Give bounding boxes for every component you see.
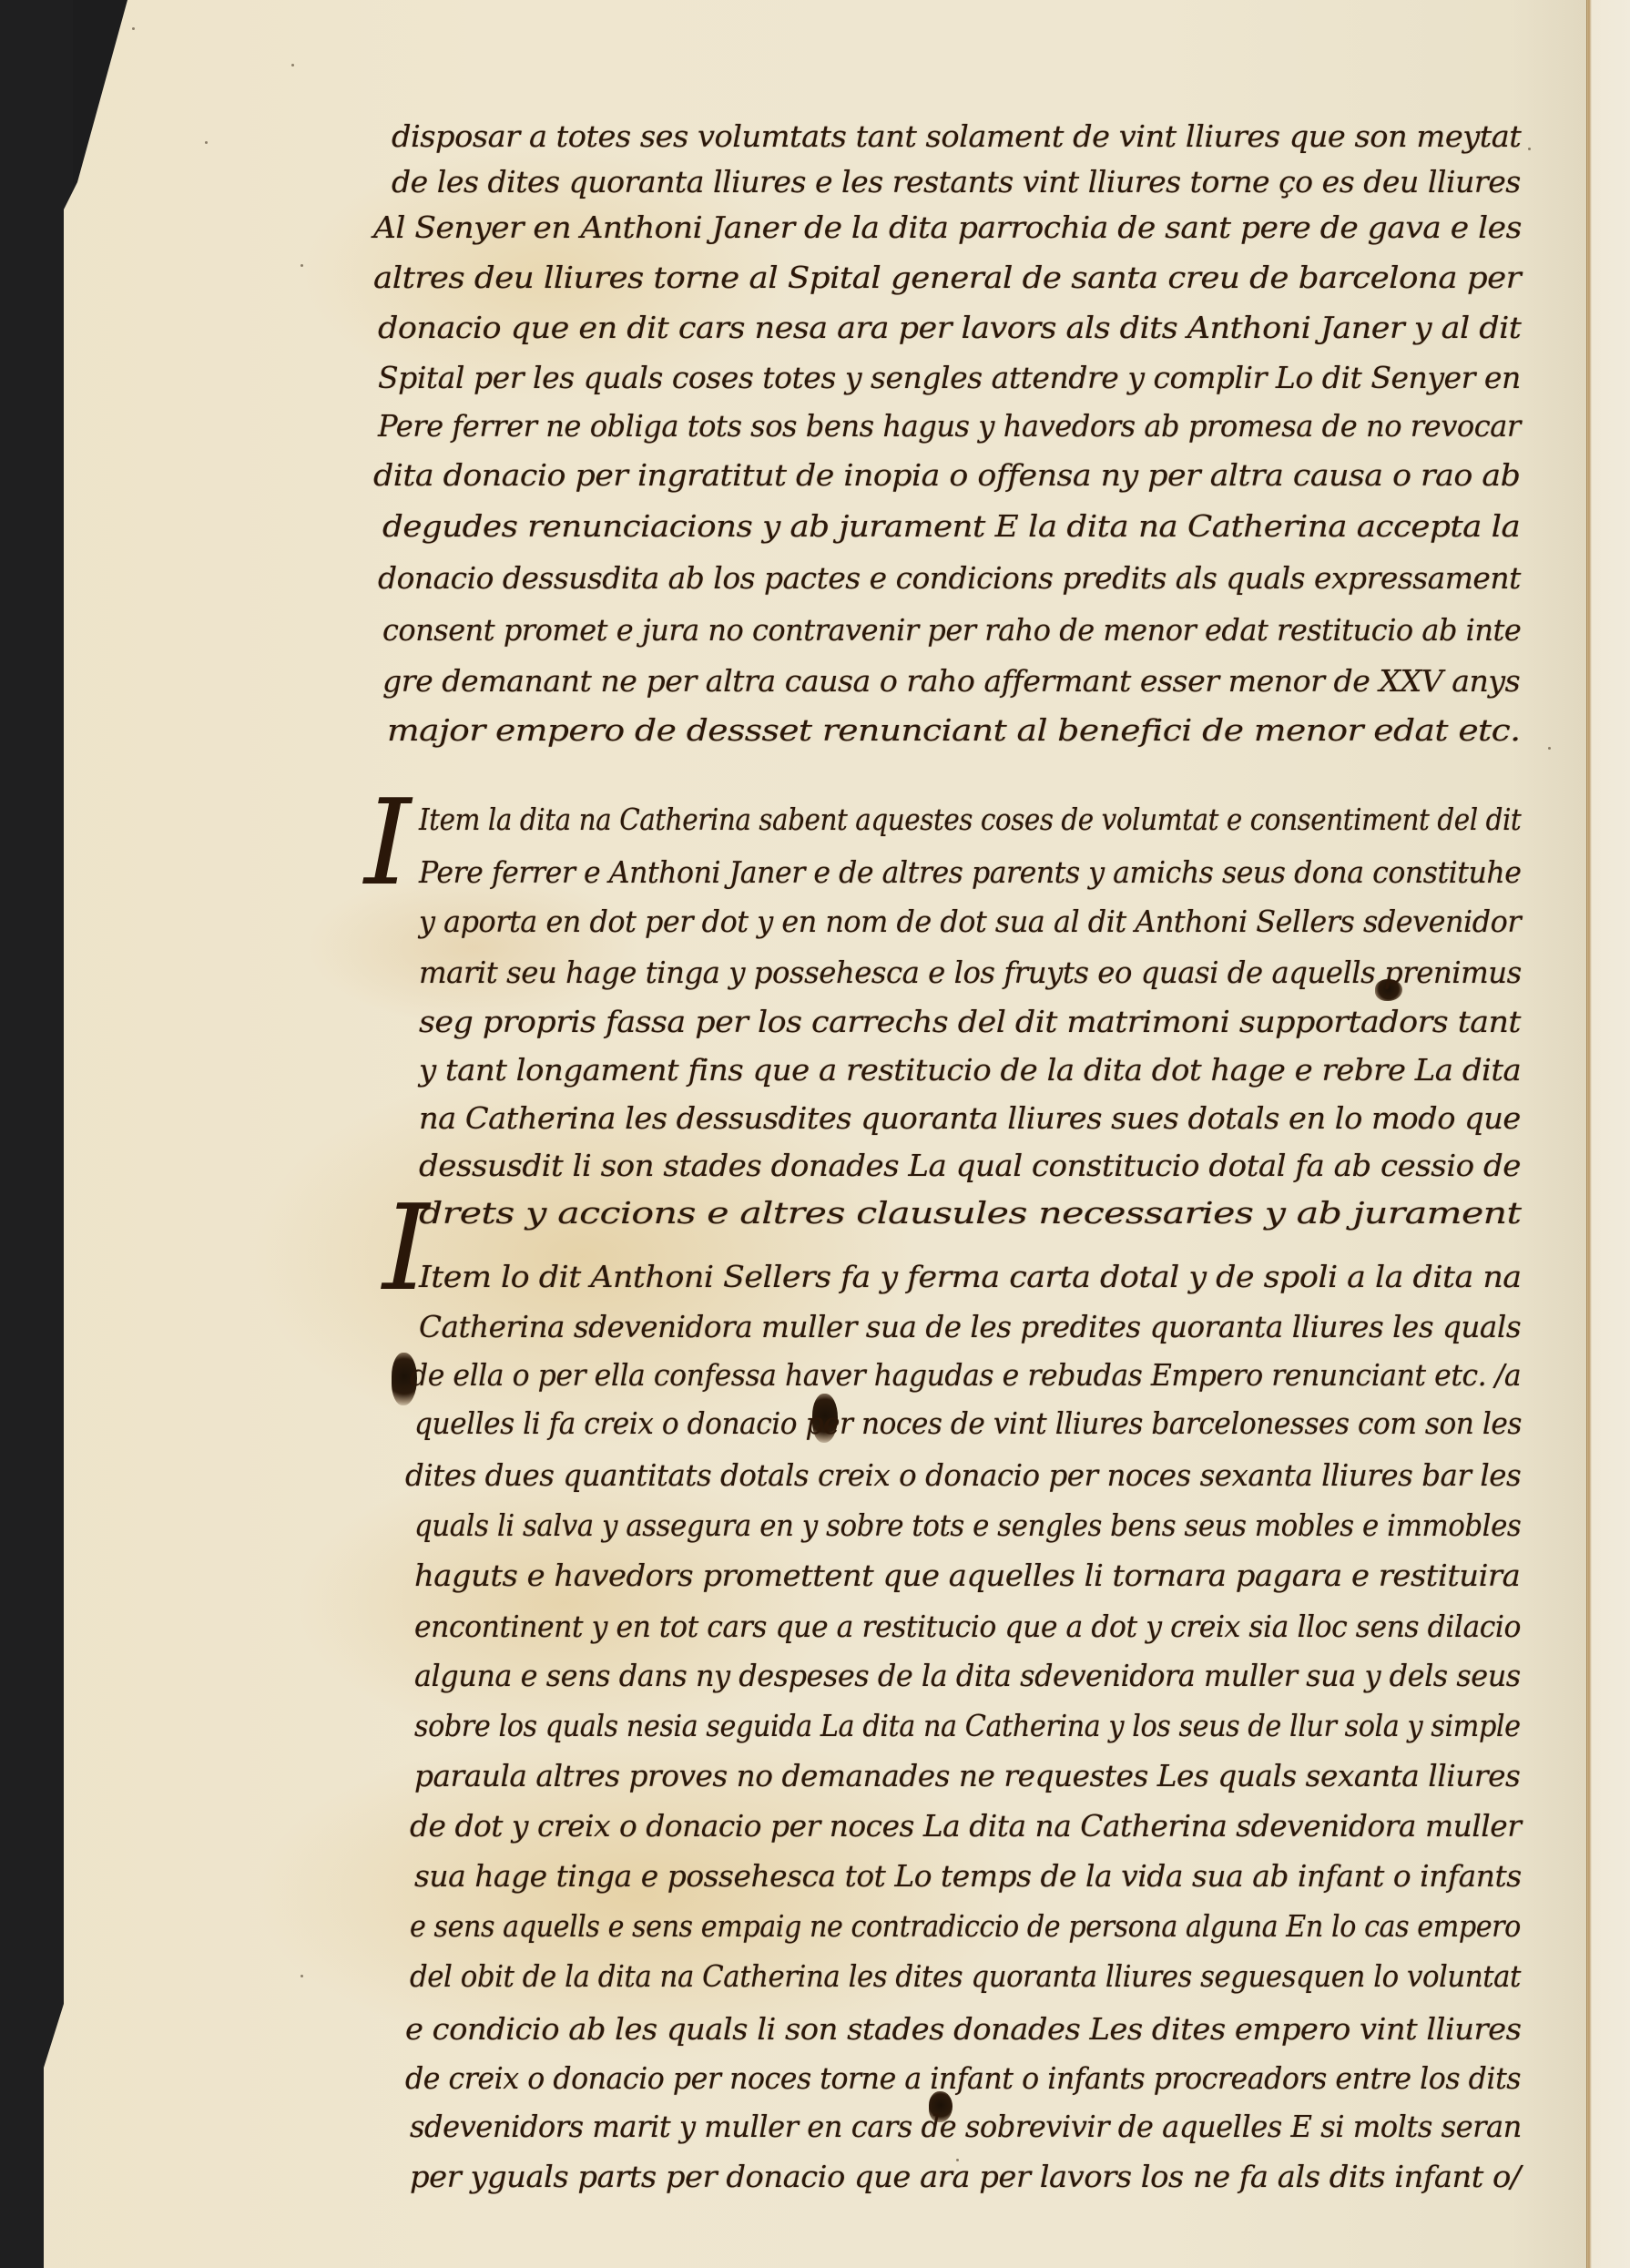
text-line: encontinent y en tot cars que a restituc… <box>414 1609 1521 1644</box>
text-line: gre demanant ne per altra causa o raho a… <box>382 663 1520 699</box>
text-line: altres deu lliures torne al Spital gener… <box>373 260 1521 295</box>
manuscript-scan: I I disposar a totes ses volumtats tant … <box>0 0 1630 2268</box>
text-line: de les dites quoranta lliures e les rest… <box>392 164 1521 199</box>
text-line: disposar a totes ses volumtats tant sola… <box>392 118 1521 154</box>
text-line: quals li salva y assegura en y sobre tot… <box>414 1507 1521 1543</box>
text-line: Pere ferrer ne obliga tots sos bens hagu… <box>378 408 1521 444</box>
text-line: alguna e sens dans ny despeses de la dit… <box>414 1658 1521 1693</box>
paper-speck <box>1548 747 1551 750</box>
text-line: Catherina sdevenidora muller sua de les … <box>419 1309 1521 1344</box>
text-line: de dot y creix o donacio per noces La di… <box>410 1808 1521 1844</box>
text-line: seg propris fassa per los carrechs del d… <box>419 1004 1521 1039</box>
text-line: Al Senyer en Anthoni Janer de la dita pa… <box>373 209 1522 245</box>
paper-speck <box>1528 148 1531 150</box>
text-line: haguts e havedors promettent que aquelle… <box>414 1558 1520 1593</box>
text-line: Pere ferrer e Anthoni Janer e de altres … <box>419 854 1521 890</box>
text-line: drets y accions e altres clausules neces… <box>419 1195 1521 1231</box>
text-line: del obit de la dita na Catherina les dit… <box>410 1958 1521 1994</box>
text-line: y aporta en dot per dot y en nom de dot … <box>419 904 1521 939</box>
text-line: de ella o per ella confessa haver haguda… <box>410 1357 1521 1393</box>
text-line: Item la dita na Catherina sabent aqueste… <box>419 802 1521 837</box>
paper-speck <box>301 1975 303 1977</box>
text-line: sua hage tinga e possehesca tot Lo temps… <box>414 1858 1522 1894</box>
text-line: de creix o donacio per noces torne a inf… <box>405 2060 1521 2096</box>
text-line: paraula altres proves no demanades ne re… <box>414 1758 1520 1793</box>
text-line: marit seu hage tinga y possehesca e los … <box>419 955 1522 990</box>
text-line: na Catherina les dessusdites quoranta ll… <box>419 1100 1521 1136</box>
paper-speck <box>291 64 294 66</box>
paper-speck <box>132 27 135 30</box>
text-line: e condicio ab les quals li son stades do… <box>405 2011 1521 2047</box>
page-curve-shadow <box>1512 0 1586 2268</box>
text-line: dites dues quantitats dotals creix o don… <box>405 1457 1521 1493</box>
text-line: donacio que en dit cars nesa ara per lav… <box>378 310 1521 345</box>
text-line: donacio dessusdita ab los pactes e condi… <box>378 560 1521 596</box>
text-line: quelles li fa creix o donacio per noces … <box>414 1405 1522 1441</box>
text-line: y tant longament fins que a restitucio d… <box>419 1052 1521 1088</box>
scan-backdrop <box>0 0 73 2268</box>
text-line: major empero de dessset renunciant al be… <box>387 712 1521 748</box>
paper-speck <box>205 141 208 144</box>
text-line: per yguals parts per donacio que ara per… <box>410 2159 1521 2194</box>
text-line: Item lo dit Anthoni Sellers fa y ferma c… <box>419 1259 1522 1294</box>
paragraph-initial-item-1: I <box>364 783 411 902</box>
text-line: Spital per les quals coses totes y sengl… <box>378 360 1521 395</box>
text-line: sdevenidors marit y muller en cars de so… <box>410 2109 1522 2144</box>
text-line: degudes renunciacions y ab jurament E la… <box>382 508 1520 544</box>
text-line: dita donacio per ingratitut de inopia o … <box>373 457 1520 493</box>
text-line: consent promet e jura no contravenir per… <box>382 612 1521 648</box>
paper-speck <box>301 264 303 267</box>
text-line: e sens aquells e sens empaig ne contradi… <box>410 1908 1521 1944</box>
adjacent-page-edge <box>1586 0 1630 2268</box>
text-line: dessusdit li son stades donades La qual … <box>419 1148 1521 1183</box>
text-line: sobre los quals nesia seguida La dita na… <box>414 1708 1521 1743</box>
